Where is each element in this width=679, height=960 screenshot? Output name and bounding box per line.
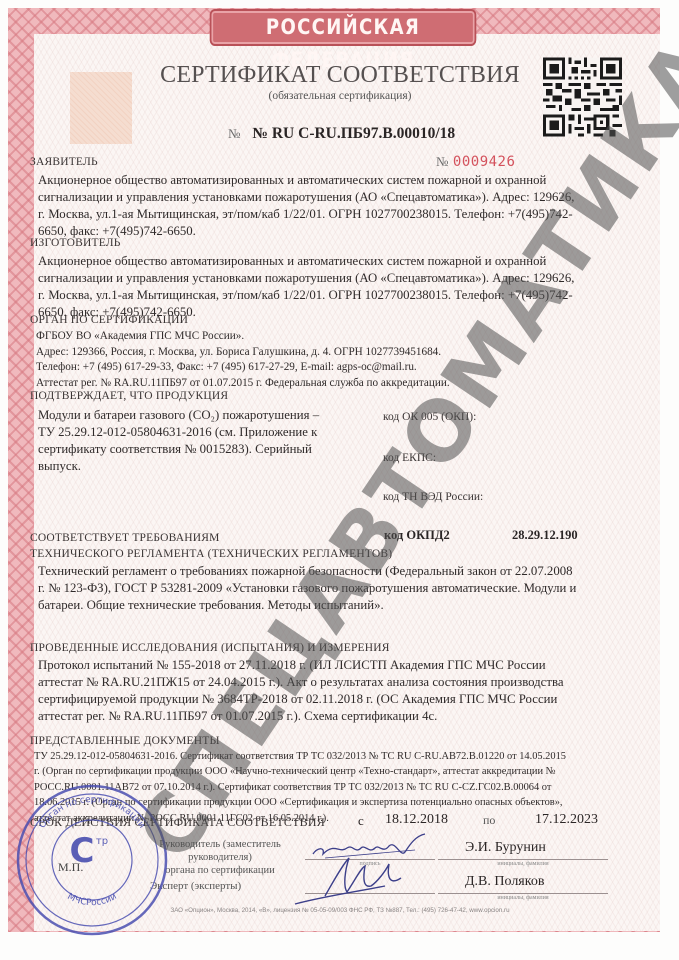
certification-stamp-icon: Орган по сертификации МЧСРоссии С тр [10, 778, 174, 942]
serial-value: 0009426 [453, 154, 516, 170]
head-name-caption: инициалы, фамилия [438, 861, 608, 867]
validity-from-prefix: с [358, 813, 364, 829]
tests-body: Протокол испытаний № 155-2018 от 27.11.2… [38, 657, 620, 725]
tests-heading: ПРОВЕДЕННЫЕ ИССЛЕДОВАНИЯ (ИСПЫТАНИЯ) И И… [30, 642, 390, 654]
tech-regulation-heading: ТЕХНИЧЕСКОГО РЕГЛАМЕНТА (ТЕХНИЧЕСКИХ РЕГ… [30, 548, 392, 560]
number-symbol: № [228, 126, 240, 141]
blank-serial-number: №0009426 [436, 154, 515, 170]
applicant-heading: ЗАЯВИТЕЛЬ [30, 156, 98, 168]
manufacturer-line: Акционерное общество автоматизированных … [38, 253, 620, 270]
stamp-bottom-text: МЧСРоссии [65, 892, 118, 909]
head-name: Э.И. Бурунин [465, 840, 546, 856]
manufacturer-line: г. Москва, ул.1-ая Мытищинская, эт/пом/к… [38, 287, 620, 304]
product-line: Модули и батареи газового (CO₂) пожароту… [38, 407, 354, 424]
code-okpd2-value: 28.29.12.190 [512, 528, 578, 543]
requirements-line: Технический регламент о требованиях пожа… [38, 563, 620, 580]
applicant-body: Акционерное общество автоматизированных … [38, 172, 620, 240]
cert-body-line: Адрес: 129366, Россия, г. Москва, ул. Бо… [36, 345, 576, 361]
printer-footer: ЗАО «Опцион», Москва, 2014, «В», лицензи… [40, 907, 640, 914]
certificate-number-value: № RU C-RU.ПБ97.В.00010/18 [252, 125, 455, 142]
manufacturer-line: сигнализации и управления установками по… [38, 270, 620, 287]
requirements-line: г. № 123-ФЗ), ГОСТ Р 53281-2009 «Установ… [38, 580, 620, 597]
qr-code-icon [543, 53, 622, 141]
applicant-line: г. Москва, ул.1-ая Мытищинская, эт/пом/к… [38, 206, 620, 223]
cert-body-line: Аттестат рег. № RA.RU.11ПБ97 от 01.07.20… [36, 376, 576, 392]
head-name-line [438, 859, 608, 860]
product-heading: ПОДТВЕРЖДАЕТ, ЧТО ПРОДУКЦИЯ [30, 390, 228, 402]
hologram-sticker [70, 72, 132, 144]
validity-to-date: 17.12.2023 [535, 812, 598, 828]
cert-body-details: ФГБОУ ВО «Академия ГПС МЧС России». Адре… [36, 329, 576, 391]
svg-text:МЧСРоссии: МЧСРоссии [65, 892, 118, 909]
certificate-subtitle: (обязательная сертификация) [140, 90, 540, 102]
certificate-number: №№ RU C-RU.ПБ97.В.00010/18 [228, 125, 455, 143]
code-tnved-label: код ТН ВЭД России: [383, 491, 483, 503]
product-line: сертификату соответствия № 0015283). Сер… [38, 441, 354, 458]
cert-body-heading: ОРГАН ПО СЕРТИФИКАЦИИ [30, 314, 188, 326]
applicant-line: 6650, факс: +7(495)742-6650. [38, 223, 620, 240]
tests-line: аттестат № RA.RU.21ПЖ15 от 24.04.2015 г.… [38, 674, 620, 691]
manufacturer-heading: ИЗГОТОВИТЕЛЬ [30, 237, 121, 249]
product-line: выпуск. [38, 458, 354, 475]
svg-text:Орган по сертификации: Орган по сертификации [37, 795, 146, 831]
cert-body-line: ФГБОУ ВО «Академия ГПС МЧС России». [36, 329, 576, 345]
code-okp-label: код ОК 005 (ОКП): [383, 411, 476, 423]
expert-signature-icon [285, 852, 425, 908]
requirements-line: батареи. Общие технические требования. М… [38, 597, 620, 614]
stamp-top-text: Орган по сертификации [37, 795, 146, 831]
svg-text:С: С [70, 831, 95, 871]
expert-name: Д.В. Поляков [465, 874, 544, 890]
svg-text:тр: тр [96, 836, 108, 847]
tests-line: Протокол испытаний № 155-2018 от 27.11.2… [38, 657, 620, 674]
requirements-body: Технический регламент о требованиях пожа… [38, 563, 620, 614]
documents-heading: ПРЕДСТАВЛЕННЫЕ ДОКУМЕНТЫ [30, 735, 220, 747]
validity-from-date: 18.12.2018 [385, 812, 448, 828]
serial-symbol: № [436, 154, 449, 169]
product-description: Модули и батареи газового (CO₂) пожароту… [38, 407, 354, 475]
expert-name-caption: инициалы, фамилия [438, 895, 608, 901]
tests-line: аттестат рег. № RA.RU.11ПБ97 от 01.07.20… [38, 708, 620, 725]
code-ekps-label: код ЕКПС: [383, 452, 436, 464]
applicant-line: Акционерное общество автоматизированных … [38, 172, 620, 189]
tests-line: сертифицируемой продукции № 3684ТР-2018 … [38, 691, 620, 708]
product-line: ТУ 25.29.12-012-05804631-2016 (см. Прило… [38, 424, 354, 441]
manufacturer-body: Акционерное общество автоматизированных … [38, 253, 620, 321]
applicant-line: сигнализации и управления установками по… [38, 189, 620, 206]
requirements-heading: СООТВЕТСТВУЕТ ТРЕБОВАНИЯМ [30, 532, 220, 544]
cert-body-line: Телефон: +7 (495) 617-29-33, Факс: +7 (4… [36, 360, 576, 376]
certificate-title: СЕРТИФИКАТ СООТВЕТСТВИЯ [140, 62, 540, 89]
validity-to-prefix: по [483, 813, 495, 828]
documents-line: ТУ 25.29.12-012-05804631-2016. Сертифика… [34, 749, 620, 764]
code-okpd2-label: код ОКПД2 [384, 528, 450, 543]
expert-name-line [438, 893, 608, 894]
country-banner: РОССИЙСКАЯ ФЕДЕРАЦИЯ [210, 9, 477, 46]
